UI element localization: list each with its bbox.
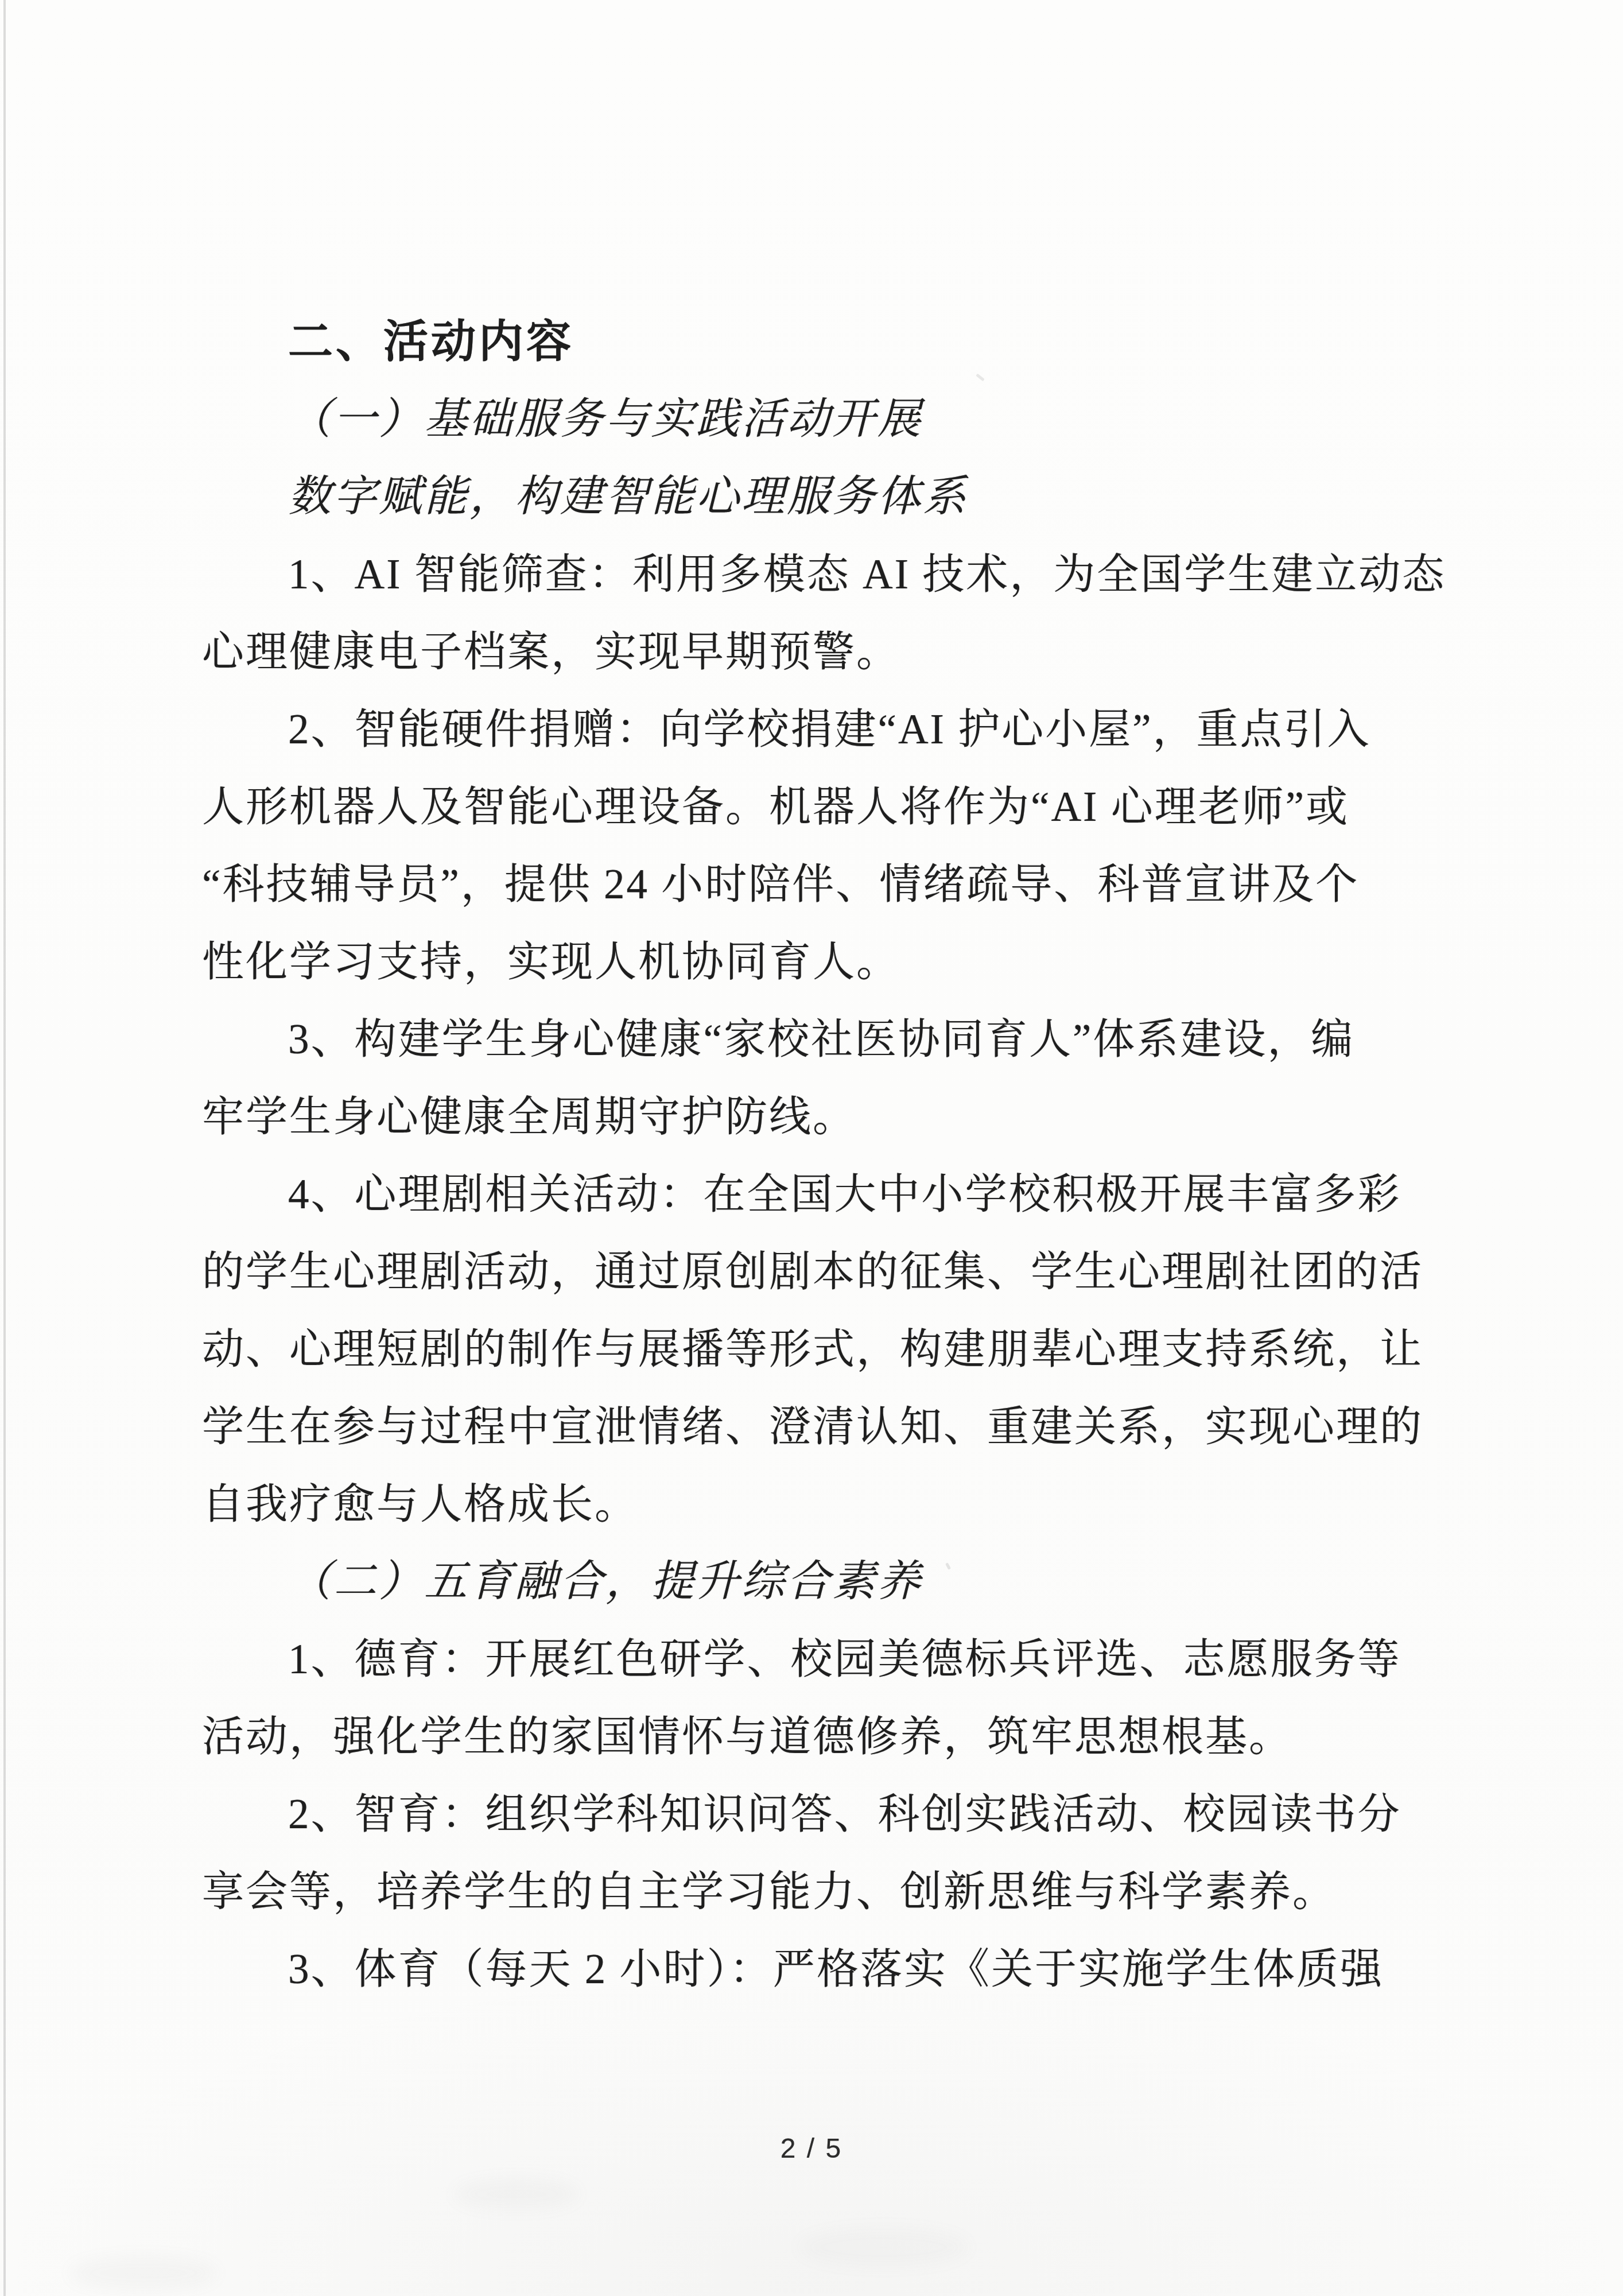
scan-smudge-artifact xyxy=(453,2178,580,2210)
paragraph-line: 3、体育（每天 2 小时）：严格落实《关于实施学生体质强 xyxy=(202,1930,1424,2008)
paragraph-line: 享会等，培养学生的自主学习能力、创新思维与科学素养。 xyxy=(202,1853,1424,1930)
paragraph-line: 3、构建学生身心健康“家校社医协同育人”体系建设，编 xyxy=(202,1000,1424,1078)
scan-smudge-artifact xyxy=(69,2256,218,2290)
page-number: 2 / 5 xyxy=(0,2133,1623,2165)
subsection-1-slogan: 数字赋能，构建智能心理服务体系 xyxy=(202,458,1424,536)
paragraph-line: 活动，强化学生的家国情怀与道德修养，筑牢思想根基。 xyxy=(202,1698,1424,1775)
paragraph-line: 1、德育：开展红色研学、校园美德标兵评选、志愿服务等 xyxy=(202,1620,1424,1698)
subsection-1-heading: （一）基础服务与实践活动开展 xyxy=(202,381,1424,458)
section-heading: 二、活动内容 xyxy=(202,303,1424,381)
paragraph-line: 1、AI 智能筛查：利用多模态 AI 技术，为全国学生建立动态 xyxy=(202,536,1424,613)
paragraph-line: 自我疗愈与人格成长。 xyxy=(202,1465,1424,1543)
document-body: 二、活动内容 （一）基础服务与实践活动开展 数字赋能，构建智能心理服务体系 1、… xyxy=(202,303,1424,2008)
paragraph-line: 牢学生身心健康全周期守护防线。 xyxy=(202,1078,1424,1155)
paragraph-line: 性化学习支持，实现人机协同育人。 xyxy=(202,923,1424,1000)
paragraph-line: “科技辅导员”，提供 24 小时陪伴、情绪疏导、科普宣讲及个 xyxy=(202,846,1424,923)
scan-smudge-artifact xyxy=(798,2227,970,2267)
paragraph-line: 的学生心理剧活动，通过原创剧本的征集、学生心理剧社团的活 xyxy=(202,1233,1424,1310)
scanned-document-page: 二、活动内容 （一）基础服务与实践活动开展 数字赋能，构建智能心理服务体系 1、… xyxy=(0,0,1623,2296)
subsection-2-heading: （二）五育融合，提升综合素养 xyxy=(202,1543,1424,1620)
paragraph-line: 心理健康电子档案，实现早期预警。 xyxy=(202,613,1424,691)
paragraph-line: 动、心理短剧的制作与展播等形式，构建朋辈心理支持系统，让 xyxy=(202,1310,1424,1388)
paragraph-line: 人形机器人及智能心理设备。机器人将作为“AI 心理老师”或 xyxy=(202,768,1424,846)
scan-edge-artifact xyxy=(3,0,6,2296)
paragraph-line: 2、智育：组织学科知识问答、科创实践活动、校园读书分 xyxy=(202,1775,1424,1853)
paragraph-line: 4、心理剧相关活动：在全国大中小学校积极开展丰富多彩 xyxy=(202,1155,1424,1233)
paragraph-line: 2、智能硬件捐赠：向学校捐建“AI 护心小屋”，重点引入 xyxy=(202,691,1424,768)
paragraph-line: 学生在参与过程中宣泄情绪、澄清认知、重建关系，实现心理的 xyxy=(202,1388,1424,1465)
